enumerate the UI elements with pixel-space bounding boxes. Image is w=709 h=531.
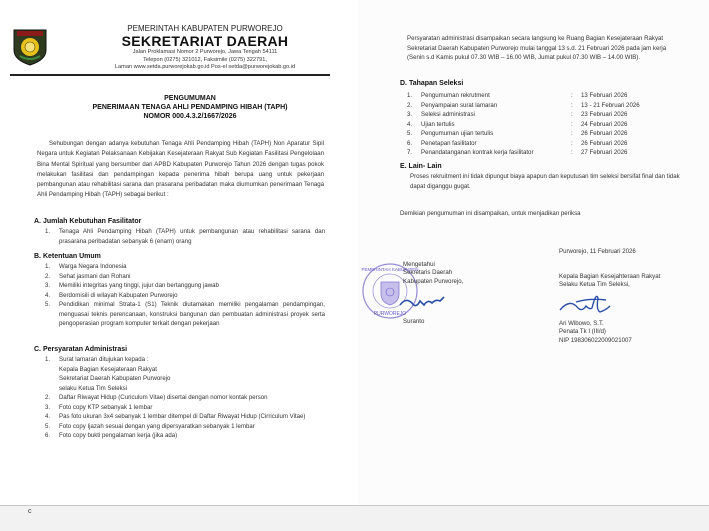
schedule-date: 26 Februari 2026 [581, 129, 627, 139]
section-e-heading: E. Lain- Lain [400, 163, 442, 170]
schedule-row: 6.Penetapan fasilitator:26 Februari 2026 [407, 139, 640, 149]
letterhead-office: SEKRETARIAT DAERAH [60, 33, 350, 49]
letterhead-web: Laman www.setda.purworejokab.go.id Pos-e… [60, 64, 350, 72]
signatory-left-name: Suranto [403, 318, 424, 326]
schedule-number: 6. [407, 139, 421, 149]
section-c-heading: C. Persyaratan Administrasi [34, 346, 127, 353]
title-line-1: PENGUMUMAN [40, 94, 340, 103]
schedule-stage: Pengumuman ujian tertulis [421, 129, 571, 139]
list-item-text: Foto copy bukti pengalaman kerja (jika a… [59, 431, 325, 441]
list-item-text: Surat lamaran ditujukan kepada : Kepala … [59, 355, 325, 393]
list-item-number: 5. [45, 300, 59, 329]
list-item: 4.Berdomisili di wilayah Kabupaten Purwo… [45, 291, 325, 301]
schedule-row: 1.Pengumuman rekrutment:13 Februari 2026 [407, 91, 640, 101]
list-item-number: 1. [45, 262, 59, 272]
schedule-stage: Penetapan fasilitator [421, 139, 571, 149]
schedule-date: 23 Februari 2026 [581, 110, 627, 120]
list-item-text: Tenaga Ahli Pendamping Hibah (TAPH) untu… [59, 227, 325, 246]
list-item: 3.Foto copy KTP sebanyak 1 lembar [45, 403, 325, 413]
signatory-right-name: Ari Wibowo, S.T. [559, 320, 632, 328]
list-item-text: Daftar Riwayat Hidup (Curiculum Vitae) d… [59, 393, 325, 403]
list-item: 1.Warga Negara Indonesia [45, 262, 325, 272]
schedule-row: 2.Penyampaian surat lamaran:13 - 21 Febr… [407, 101, 640, 111]
schedule-colon: : [571, 148, 581, 158]
letterhead-divider [10, 74, 330, 76]
schedule-colon: : [571, 110, 581, 120]
list-item-text: Pendidikan minimal Strata-1 (S1) Teknik … [59, 300, 325, 329]
signatory-left-line1: Mengetahui [403, 261, 463, 269]
list-item: 4.Pas foto ukuran 3x4 sebanyak 1 lembar … [45, 412, 325, 422]
list-item-text: Berdomisili di wilayah Kabupaten Purwore… [59, 291, 325, 301]
place-date: Purworejo, 11 Februari 2026 [559, 247, 636, 257]
schedule-number: 4. [407, 120, 421, 130]
list-item-number: 4. [45, 291, 59, 301]
signatory-right: Kepala Bagian Kesejahteraan Rakyat Selak… [559, 273, 660, 290]
list-item-text: Sehat jasmani dan Rohani [59, 272, 325, 282]
schedule-stage: Penyampaian surat lamaran [421, 101, 571, 111]
section-c-list: 1.Surat lamaran ditujukan kepada : Kepal… [45, 355, 325, 441]
list-item-text: Pas foto ukuran 3x4 sebanyak 1 lembar di… [59, 412, 325, 422]
section-a-list: 1.Tenaga Ahli Pendamping Hibah (TAPH) un… [45, 227, 325, 246]
list-item-number: 2. [45, 272, 59, 282]
schedule-date: 26 Februari 2026 [581, 139, 627, 149]
schedule-stage: Penandatanganan kontrak kerja fasilitato… [421, 148, 571, 158]
closing-statement: Demikian pengumuman ini disampaikan, unt… [400, 209, 581, 219]
schedule-number: 1. [407, 91, 421, 101]
section-e-text: Proses rekruitment ini tidak dipungut bi… [410, 172, 685, 191]
section-b-list: 1.Warga Negara Indonesia2.Sehat jasmani … [45, 262, 325, 329]
schedule-date: 13 Februari 2026 [581, 91, 627, 101]
list-item: 3.Memiliki integritas yang tinggi, jujur… [45, 281, 325, 291]
list-item: 1.Surat lamaran ditujukan kepada : Kepal… [45, 355, 325, 393]
schedule-colon: : [571, 120, 581, 130]
schedule-colon: : [571, 129, 581, 139]
schedule-row: 4.Ujian tertulis:24 Februari 2026 [407, 120, 640, 130]
document-page-1: PEMERINTAH KABUPATEN PURWOREJO SEKRETARI… [0, 0, 358, 505]
schedule-colon: : [571, 91, 581, 101]
letterhead-address: Jalan Proklamasi Nomor 2 Purworejo, Jawa… [60, 49, 350, 57]
viewer-bottom-bar: ᴄ [0, 505, 709, 531]
announcement-title: PENGUMUMAN PENERIMAAN TENAGA AHLI PENDAM… [40, 94, 340, 121]
schedule-number: 3. [407, 110, 421, 120]
list-item: 5.Foto copy Ijazah sesuai dengan yang di… [45, 422, 325, 432]
schedule-number: 2. [407, 101, 421, 111]
signatory-right-line1: Kepala Bagian Kesejahteraan Rakyat [559, 273, 660, 281]
list-item: 2.Daftar Riwayat Hidup (Curiculum Vitae)… [45, 393, 325, 403]
list-item-number: 1. [45, 227, 59, 246]
signatory-left: Mengetahui Sekretaris Daerah Kabupaten P… [403, 261, 463, 286]
list-item-number: 4. [45, 412, 59, 422]
list-item-text: Foto copy KTP sebanyak 1 lembar [59, 403, 325, 413]
intro-paragraph: Sehubungan dengan adanya kebutuhan Tenag… [37, 139, 324, 201]
list-item-text: Warga Negara Indonesia [59, 262, 325, 272]
schedule-colon: : [571, 101, 581, 111]
signatory-left-line2: Sekretaris Daerah [403, 269, 463, 277]
schedule-date: 13 - 21 Februari 2026 [581, 101, 640, 111]
schedule-date: 24 Februari 2026 [581, 120, 627, 130]
list-item-number: 2. [45, 393, 59, 403]
document-page-2 [358, 0, 709, 505]
title-number: NOMOR 000.4.3.2/1667/2026 [40, 112, 340, 121]
schedule-date: 27 Februari 2026 [581, 148, 627, 158]
list-item-number: 5. [45, 422, 59, 432]
schedule-number: 5. [407, 129, 421, 139]
schedule-stage: Pengumuman rekrutment [421, 91, 571, 101]
list-item-text: Memiliki integritas yang tinggi, jujur d… [59, 281, 325, 291]
signature-left-icon [398, 293, 448, 313]
schedule-stage: Ujian tertulis [421, 120, 571, 130]
schedule-row: 7.Penandatanganan kontrak kerja fasilita… [407, 148, 640, 158]
signatory-left-line3: Kabupaten Purworejo, [403, 278, 463, 286]
list-item-text: Foto copy Ijazah sesuai dengan yang dipe… [59, 422, 325, 432]
schedule-stage: Seleksi administrasi [421, 110, 571, 120]
list-item: 6.Foto copy bukti pengalaman kerja (jika… [45, 431, 325, 441]
letterhead-government: PEMERINTAH KABUPATEN PURWOREJO [60, 24, 350, 33]
schedule-number: 7. [407, 148, 421, 158]
section-a-heading: A. Jumlah Kebutuhan Fasilitator [34, 218, 141, 225]
signature-right-icon [556, 290, 612, 318]
list-item: 1.Tenaga Ahli Pendamping Hibah (TAPH) un… [45, 227, 325, 246]
list-item-number: 3. [45, 281, 59, 291]
title-line-2: PENERIMAAN TENAGA AHLI PENDAMPING HIBAH … [40, 103, 340, 112]
list-item-number: 1. [45, 355, 59, 393]
list-item-number: 6. [45, 431, 59, 441]
schedule-row: 5.Pengumuman ujian tertulis:26 Februari … [407, 129, 640, 139]
letterhead: PEMERINTAH KABUPATEN PURWOREJO SEKRETARI… [60, 24, 350, 72]
section-b-heading: B. Ketentuan Umum [34, 253, 101, 260]
signatory-right-details: Ari Wibowo, S.T. Penata Tk I (III/d) NIP… [559, 320, 632, 345]
submission-note: Persyaratan administrasi disampaikan sec… [407, 34, 685, 63]
signatory-right-line2: Selaku Ketua Tim Seleksi, [559, 281, 660, 289]
text-cursor-icon: ᴄ [28, 508, 32, 515]
section-d-heading: D. Tahapan Seleksi [400, 80, 463, 87]
schedule-colon: : [571, 139, 581, 149]
selection-schedule: 1.Pengumuman rekrutment:13 Februari 2026… [407, 91, 640, 158]
letterhead-phone: Telepon (0275) 321012, Faksimile (0275) … [60, 57, 350, 65]
signatory-right-nip: NIP 198306022009021007 [559, 337, 632, 345]
list-item: 2.Sehat jasmani dan Rohani [45, 272, 325, 282]
list-item: 5.Pendidikan minimal Strata-1 (S1) Tekni… [45, 300, 325, 329]
schedule-row: 3.Seleksi administrasi:23 Februari 2026 [407, 110, 640, 120]
regency-emblem-icon [12, 26, 48, 66]
signatory-right-rank: Penata Tk I (III/d) [559, 328, 632, 336]
list-item-number: 3. [45, 403, 59, 413]
